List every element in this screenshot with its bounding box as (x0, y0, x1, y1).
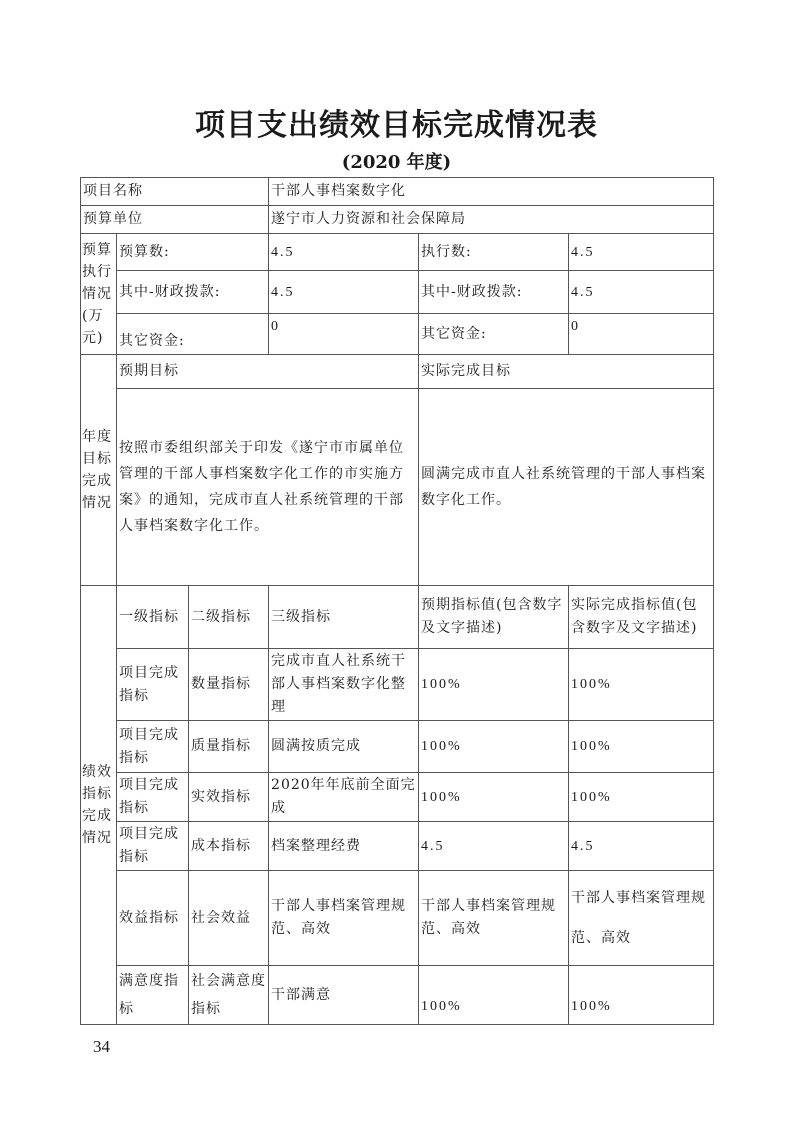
expected-goal-text: 按照市委组织部关于印发《遂宁市市属单位管理的干部人事档案数字化工作的市实施方案》… (117, 389, 419, 586)
actual-cell: 100% (569, 649, 714, 721)
header-level2: 二级指标 (189, 586, 269, 649)
budget-row: 预算执行情况(万元) 预算数: 4.5 执行数: 4.5 (81, 234, 714, 271)
level3-cell: 圆满按质完成 (269, 721, 419, 773)
performance-section-label: 绩效指标完成情况 (81, 586, 117, 1025)
fiscal-executed-value: 4.5 (569, 271, 714, 314)
actual-cell: 100% (569, 773, 714, 822)
actual-cell: 干部人事档案管理规范、高效 (569, 871, 714, 966)
level2-cell: 质量指标 (189, 721, 269, 773)
header-level3: 三级指标 (269, 586, 419, 649)
level1-cell: 满意度指标 (117, 966, 189, 1025)
level2-cell: 数量指标 (189, 649, 269, 721)
indicator-row: 满意度指标 社会满意度指标 干部满意 100% 100% (81, 966, 714, 1025)
level1-cell: 项目完成指标 (117, 721, 189, 773)
header-actual: 实际完成指标值(包含数字及文字描述) (569, 586, 714, 649)
indicator-row: 项目完成指标 成本指标 档案整理经费 4.5 4.5 (81, 822, 714, 871)
level1-cell: 项目完成指标 (117, 649, 189, 721)
executed-value: 4.5 (569, 234, 714, 271)
other-funds-executed-value: 0 (569, 314, 714, 355)
actual-cell: 100% (569, 721, 714, 773)
budget-unit-value: 遂宁市人力资源和社会保障局 (269, 206, 714, 234)
fiscal-executed-label: 其中-财政拨款: (419, 271, 569, 314)
project-name-row: 项目名称 干部人事档案数字化 (81, 178, 714, 206)
performance-table: 项目名称 干部人事档案数字化 预算单位 遂宁市人力资源和社会保障局 预算执行情况… (80, 177, 714, 1025)
level2-cell: 社会满意度指标 (189, 966, 269, 1025)
indicator-row: 项目完成指标 数量指标 完成市直人社系统干部人事档案数字化整理 100% 100… (81, 649, 714, 721)
indicator-row: 项目完成指标 质量指标 圆满按质完成 100% 100% (81, 721, 714, 773)
expected-cell: 100% (419, 773, 569, 822)
level2-cell: 社会效益 (189, 871, 269, 966)
page-number: 34 (93, 1037, 110, 1057)
level3-cell: 完成市直人社系统干部人事档案数字化整理 (269, 649, 419, 721)
expected-cell: 100% (419, 721, 569, 773)
project-name-label: 项目名称 (81, 178, 269, 206)
annual-content-row: 按照市委组织部关于印发《遂宁市市属单位管理的干部人事档案数字化工作的市实施方案》… (81, 389, 714, 586)
header-level1: 一级指标 (117, 586, 189, 649)
other-funds-executed-label: 其它资金: (419, 314, 569, 355)
project-name-value: 干部人事档案数字化 (269, 178, 714, 206)
budget-row: 其它资金: 0 其它资金: 0 (81, 314, 714, 355)
level1-cell: 项目完成指标 (117, 822, 189, 871)
header-expected: 预期指标值(包含数字及文字描述) (419, 586, 569, 649)
budget-label: 预算数: (117, 234, 269, 271)
page-subtitle: (2020 年度) (0, 148, 793, 174)
expected-goal-header: 预期目标 (117, 355, 419, 389)
level1-cell: 项目完成指标 (117, 773, 189, 822)
expected-cell: 100% (419, 966, 569, 1025)
level2-cell: 实效指标 (189, 773, 269, 822)
annual-header-row: 年度目标完成情况 预期目标 实际完成目标 (81, 355, 714, 389)
expected-cell: 4.5 (419, 822, 569, 871)
level1-cell: 效益指标 (117, 871, 189, 966)
other-funds-label: 其它资金: (117, 314, 269, 355)
budget-unit-label: 预算单位 (81, 206, 269, 234)
page-title: 项目支出绩效目标完成情况表 (0, 100, 793, 144)
fiscal-value: 4.5 (269, 271, 419, 314)
annual-section-label: 年度目标完成情况 (81, 355, 117, 586)
budget-unit-row: 预算单位 遂宁市人力资源和社会保障局 (81, 206, 714, 234)
expected-cell: 干部人事档案管理规范、高效 (419, 871, 569, 966)
actual-cell: 100% (569, 966, 714, 1025)
level2-cell: 成本指标 (189, 822, 269, 871)
level3-cell: 档案整理经费 (269, 822, 419, 871)
budget-row: 其中-财政拨款: 4.5 其中-财政拨款: 4.5 (81, 271, 714, 314)
indicator-row: 项目完成指标 实效指标 2020年年底前全面完成 100% 100% (81, 773, 714, 822)
expected-cell: 100% (419, 649, 569, 721)
actual-goal-header: 实际完成目标 (419, 355, 714, 389)
other-funds-value: 0 (269, 314, 419, 355)
level3-cell: 2020年年底前全面完成 (269, 773, 419, 822)
actual-goal-text: 圆满完成市直人社系统管理的干部人事档案数字化工作。 (419, 389, 714, 586)
executed-label: 执行数: (419, 234, 569, 271)
budget-section-label: 预算执行情况(万元) (81, 234, 117, 355)
indicator-header-row: 绩效指标完成情况 一级指标 二级指标 三级指标 预期指标值(包含数字及文字描述)… (81, 586, 714, 649)
fiscal-label: 其中-财政拨款: (117, 271, 269, 314)
budget-value: 4.5 (269, 234, 419, 271)
actual-cell: 4.5 (569, 822, 714, 871)
level3-cell: 干部人事档案管理规范、高效 (269, 871, 419, 966)
indicator-row: 效益指标 社会效益 干部人事档案管理规范、高效 干部人事档案管理规范、高效 干部… (81, 871, 714, 966)
level3-cell: 干部满意 (269, 966, 419, 1025)
